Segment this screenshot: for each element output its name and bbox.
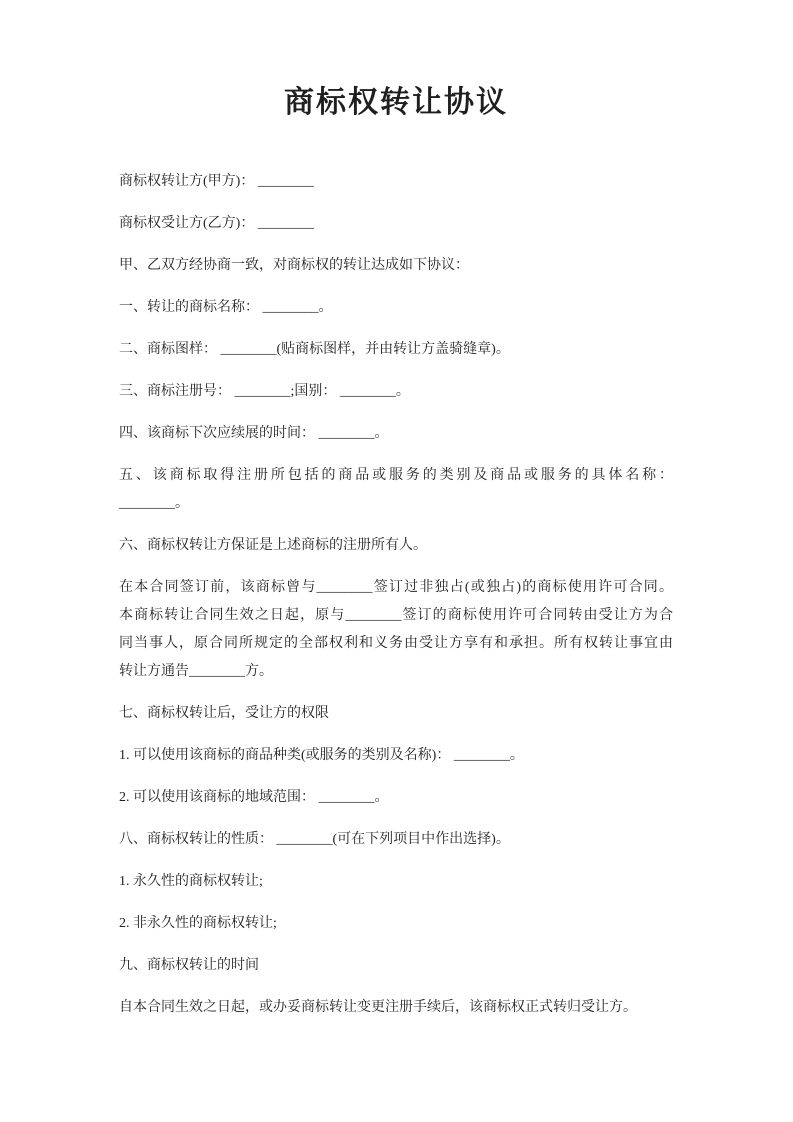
document-body: 商标权转让方(甲方)： ________商标权受让方(乙方)： ________… — [119, 168, 673, 1022]
paragraph: 七、商标权转让后，受让方的权限 — [119, 700, 673, 728]
text-line: 转让方通告________方。 — [119, 658, 673, 686]
text-line: 同当事人，原合同所规定的全部权利和义务由受让方享有和承担。所有权转让事宜由 — [119, 630, 673, 658]
text-line: 六、商标权转让方保证是上述商标的注册所有人。 — [119, 532, 673, 560]
document-page: 商标权转让协议 商标权转让方(甲方)： ________商标权受让方(乙方)： … — [0, 0, 793, 1122]
paragraph: 二、商标图样： ________(贴商标图样，并由转让方盖骑缝章)。 — [119, 336, 673, 364]
document-title: 商标权转让协议 — [119, 84, 673, 122]
paragraph: 四、该商标下次应续展的时间： ________。 — [119, 420, 673, 448]
paragraph: 商标权受让方(乙方)： ________ — [119, 210, 673, 238]
text-line: ________。 — [119, 490, 673, 518]
paragraph: 1. 永久性的商标权转让; — [119, 868, 673, 896]
text-line: 在本合同签订前，该商标曾与________签订过非独占(或独占)的商标使用许可合… — [119, 574, 673, 602]
paragraph: 2. 非永久性的商标权转让; — [119, 910, 673, 938]
text-line: 甲、乙双方经协商一致，对商标权的转让达成如下协议： — [119, 252, 673, 280]
text-line: 本商标转让合同生效之日起，原与________签订的商标使用许可合同转由受让方为… — [119, 602, 673, 630]
paragraph: 商标权转让方(甲方)： ________ — [119, 168, 673, 196]
text-line: 商标权受让方(乙方)： ________ — [119, 210, 673, 238]
paragraph: 八、商标权转让的性质： ________(可在下列项目中作出选择)。 — [119, 826, 673, 854]
paragraph: 五、该商标取得注册所包括的商品或服务的类别及商品或服务的具体名称：_______… — [119, 462, 673, 518]
paragraph: 九、商标权转让的时间 — [119, 952, 673, 980]
paragraph: 自本合同生效之日起，或办妥商标转让变更注册手续后，该商标权正式转归受让方。 — [119, 994, 673, 1022]
text-line: 2. 非永久性的商标权转让; — [119, 910, 673, 938]
text-line: 2. 可以使用该商标的地域范围： ________。 — [119, 784, 673, 812]
paragraph: 六、商标权转让方保证是上述商标的注册所有人。 — [119, 532, 673, 560]
text-line: 八、商标权转让的性质： ________(可在下列项目中作出选择)。 — [119, 826, 673, 854]
text-line: 1. 可以使用该商标的商品种类(或服务的类别及名称)： ________。 — [119, 742, 673, 770]
paragraph: 一、转让的商标名称： ________。 — [119, 294, 673, 322]
paragraph: 甲、乙双方经协商一致，对商标权的转让达成如下协议： — [119, 252, 673, 280]
text-line: 1. 永久性的商标权转让; — [119, 868, 673, 896]
text-line: 七、商标权转让后，受让方的权限 — [119, 700, 673, 728]
text-line: 三、商标注册号： ________;国别： ________。 — [119, 378, 673, 406]
text-line: 一、转让的商标名称： ________。 — [119, 294, 673, 322]
paragraph: 在本合同签订前，该商标曾与________签订过非独占(或独占)的商标使用许可合… — [119, 574, 673, 686]
paragraph: 2. 可以使用该商标的地域范围： ________。 — [119, 784, 673, 812]
paragraph: 三、商标注册号： ________;国别： ________。 — [119, 378, 673, 406]
text-line: 二、商标图样： ________(贴商标图样，并由转让方盖骑缝章)。 — [119, 336, 673, 364]
paragraph: 1. 可以使用该商标的商品种类(或服务的类别及名称)： ________。 — [119, 742, 673, 770]
text-line: 五、该商标取得注册所包括的商品或服务的类别及商品或服务的具体名称： — [119, 462, 673, 490]
text-line: 四、该商标下次应续展的时间： ________。 — [119, 420, 673, 448]
text-line: 商标权转让方(甲方)： ________ — [119, 168, 673, 196]
text-line: 自本合同生效之日起，或办妥商标转让变更注册手续后，该商标权正式转归受让方。 — [119, 994, 673, 1022]
text-line: 九、商标权转让的时间 — [119, 952, 673, 980]
